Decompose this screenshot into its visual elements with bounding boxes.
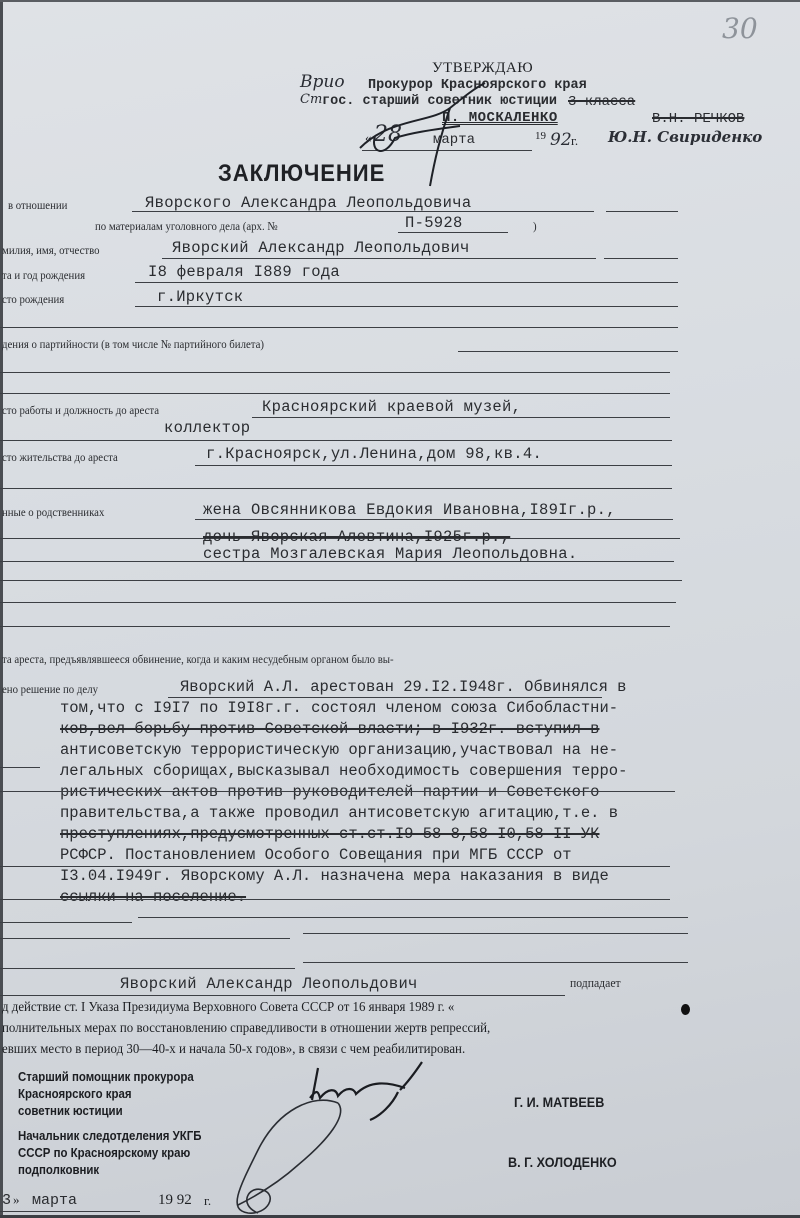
approval-year-abbrev: г. (571, 133, 578, 149)
arrest-text-line: РСФСР. Постановлением Особого Совещания … (60, 845, 572, 866)
field-underline (0, 580, 682, 581)
work-value-line1: Красноярский краевой музей, (262, 398, 521, 416)
approval-name-struck: В.Н. РЕЧКОВ (652, 111, 744, 127)
field-underline (0, 899, 670, 900)
arrest-text-line: преступлениях,предусмотренных ст.ст.I9-5… (60, 824, 600, 845)
page-number: 30 (722, 12, 758, 45)
approval-rank-struck: 3 класса (568, 94, 635, 110)
approval-date-year-suffix: 92 (550, 130, 572, 150)
field-underline (0, 440, 672, 441)
field-underline (132, 211, 594, 212)
field-underline (195, 465, 672, 466)
relatives-label: нные о родственниках (2, 505, 104, 520)
signatory-2-name: В. Г. ХОЛОДЕНКО (508, 1154, 617, 1170)
conclusion-legal-line: полнительных мерах по восстановлению спр… (2, 1021, 490, 1037)
field-underline (0, 767, 40, 768)
signatory-2-title: Начальник следотделения УКГБ СССР по Кра… (18, 1127, 201, 1178)
field-underline (0, 327, 678, 328)
arrest-text-line: том,что с I9I7 по I9I8г.г. состоял члено… (60, 698, 618, 719)
page-edge-top (0, 0, 800, 2)
field-underline (195, 519, 673, 520)
arrest-text-line: легальных сборищах,высказывал необходимо… (60, 761, 627, 782)
arrest-text-line: антисоветскую террористическую организац… (60, 740, 618, 761)
field-underline (135, 306, 678, 307)
field-underline (0, 602, 676, 603)
conclusion-legal-line: евших место в период 30—40-х и начала 50… (2, 1042, 465, 1058)
birthplace-label: сто рождения (2, 292, 64, 307)
birthdate-label: та и год рождения (2, 268, 85, 283)
conclusion-legal-line: д действие ст. I Указа Президиума Верхов… (2, 1000, 454, 1016)
field-underline (303, 962, 688, 963)
field-underline (0, 995, 565, 996)
field-underline (162, 258, 596, 259)
ink-blot (681, 1004, 690, 1015)
birthplace-value: г.Иркутск (157, 288, 243, 306)
approval-handwritten-prefix: Врио (300, 72, 345, 92)
conclusion-falls-under: подпадает (570, 975, 621, 991)
case-label: по материалам уголовного дела (арх. № (95, 219, 278, 234)
fullname-label: милия, имя, отчество (2, 243, 100, 258)
arrest-text-line: ристических актов против руководителей п… (60, 782, 600, 803)
arrest-text-line: правительства,а также проводил антисовет… (60, 803, 618, 824)
regarding-value: Яворского Александра Леопольдовича (145, 194, 471, 212)
field-underline (0, 393, 670, 394)
document-title: ЗАКЛЮЧЕНИЕ (218, 160, 385, 188)
field-underline (0, 968, 295, 969)
signatory-2-signature (218, 1095, 348, 1218)
footer-date-year-suffix: г. (204, 1193, 211, 1209)
field-underline (303, 933, 688, 934)
signatory-title-line: Красноярского края (18, 1085, 194, 1102)
arrest-label-line2: ено решение по делу (2, 682, 98, 697)
field-underline (135, 282, 678, 283)
field-underline (0, 791, 675, 792)
signatory-1-name: Г. И. МАТВЕЕВ (514, 1094, 604, 1110)
signatory-title-line: СССР по Красноярскому краю (18, 1144, 201, 1161)
arrest-label-line1: та ареста, предъявлявшееся обвинение, ко… (2, 652, 394, 667)
work-label: сто работы и должность до ареста (2, 403, 159, 418)
signatory-title-line: Начальник следотделения УКГБ (18, 1127, 201, 1144)
field-underline (0, 561, 674, 562)
signatory-title-line: советник юстиции (18, 1102, 194, 1119)
field-underline (604, 258, 678, 259)
relative-daughter: дочь Яворская Алевтина,I925г.р., (203, 528, 510, 546)
residence-value: г.Красноярск,ул.Ленина,дом 98,кв.4. (206, 445, 542, 463)
field-underline (0, 372, 670, 373)
field-underline (138, 917, 688, 918)
case-value: П-5928 (405, 214, 463, 232)
field-underline (458, 351, 678, 352)
signatory-title-line: Старший помощник прокурора (18, 1068, 194, 1085)
residence-label: сто жительства до ареста (2, 450, 118, 465)
regarding-label: в отношении (8, 198, 67, 213)
birthdate-value: I8 февраля I889 года (148, 263, 340, 281)
work-value-line2: коллектор (164, 419, 250, 437)
field-underline (252, 417, 670, 418)
signatory-1-title: Старший помощник прокурора Красноярского… (18, 1068, 194, 1119)
approval-handwritten-name: Ю.Н. Свириденко (608, 128, 762, 146)
field-underline (0, 626, 670, 627)
signatory-title-line: подполковник (18, 1161, 201, 1178)
relative-spouse: жена Овсянникова Евдокия Ивановна,I89Iг.… (203, 501, 616, 519)
field-underline (0, 1211, 140, 1212)
field-underline (0, 938, 290, 939)
party-label: дения о партийности (в том числе № парти… (2, 337, 264, 352)
approval-heading: УТВЕРЖДАЮ (432, 60, 533, 77)
approval-date-year-prefix: 19 (535, 130, 546, 142)
footer-date-year: 19 92 (158, 1192, 192, 1209)
arrest-text-line: ков,вел борьбу против Советской власти; … (60, 719, 600, 740)
footer-date-month: марта (32, 1192, 77, 1209)
field-underline (0, 488, 672, 489)
arrest-text-line: Яворский А.Л. арестован 29.I2.I948г. Обв… (180, 677, 626, 698)
arrest-text-line: I3.04.I949г. Яворскому А.Л. назначена ме… (60, 866, 609, 887)
arrest-text-line: ссылки на поселение. (60, 887, 246, 908)
field-underline (606, 211, 678, 212)
document-page: 30 УТВЕРЖДАЮ Врио Прокурор Красноярского… (0, 0, 800, 1218)
field-underline (398, 232, 508, 233)
conclusion-subject-name: Яворский Александр Леопольдович (120, 975, 418, 993)
fullname-value: Яворский Александр Леопольдович (172, 239, 470, 257)
footer-date-day: 3 (2, 1192, 11, 1209)
field-underline (0, 922, 132, 923)
footer-date-close-quote: » (13, 1192, 20, 1208)
case-close: ) (533, 219, 537, 234)
